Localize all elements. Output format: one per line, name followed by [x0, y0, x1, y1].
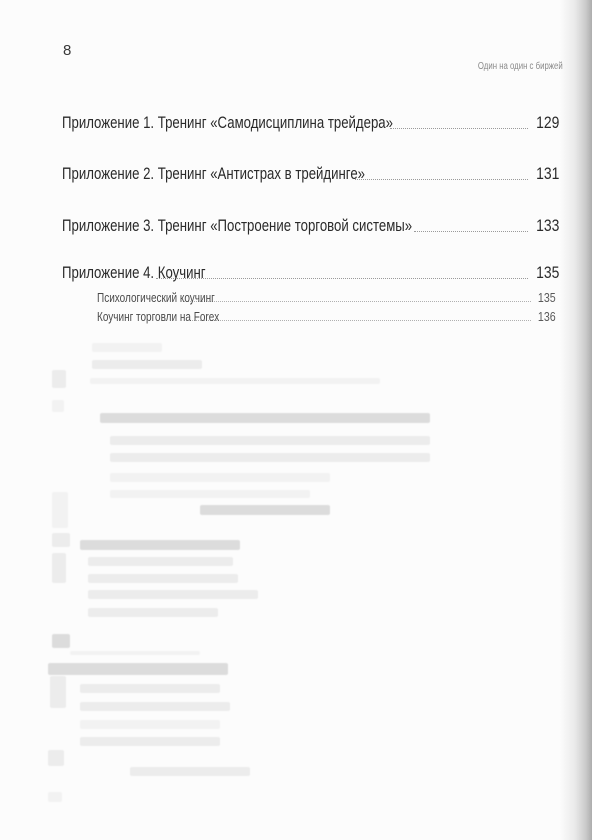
toc-entry-title: Коучинг торговли на Forex	[97, 310, 219, 324]
dot-leader	[190, 320, 532, 321]
toc-entry-title: Приложение 1. Тренинг «Самодисциплина тр…	[62, 114, 393, 133]
dot-leader	[390, 128, 527, 129]
toc-subentry-psychological-coaching[interactable]: Психологический коучинг 135	[97, 290, 556, 305]
toc-subentry-forex-coaching[interactable]: Коучинг торговли на Forex 136	[97, 309, 556, 324]
toc-entry-page: 129	[536, 113, 559, 133]
toc-entry-appendix-2[interactable]: Приложение 2. Тренинг «Антистрах в трейд…	[62, 164, 559, 184]
page-number: 8	[63, 42, 71, 59]
toc-entry-title: Психологический коучинг	[97, 291, 215, 305]
toc-entry-title: Приложение 3. Тренинг «Построение торгов…	[62, 217, 412, 236]
toc-entry-title: Приложение 2. Тренинг «Антистрах в трейд…	[62, 165, 365, 184]
dot-leader	[156, 278, 528, 279]
toc-entry-page: 135	[538, 290, 556, 305]
running-header: Один на один с биржей	[478, 61, 563, 72]
book-page: 8 Один на один с биржей Приложение 1. Тр…	[0, 0, 592, 840]
toc-entry-page: 135	[536, 263, 559, 283]
dot-leader	[355, 179, 527, 180]
toc-entry-page: 133	[536, 216, 559, 236]
toc-entry-page: 136	[538, 309, 556, 324]
toc-entry-page: 131	[536, 164, 559, 184]
dot-leader	[414, 231, 527, 232]
toc-entry-title: Приложение 4. Коучинг	[62, 264, 206, 283]
dot-leader	[184, 301, 531, 302]
toc-entry-appendix-4[interactable]: Приложение 4. Коучинг 135	[62, 263, 559, 283]
toc-entry-appendix-3[interactable]: Приложение 3. Тренинг «Построение торгов…	[62, 216, 559, 236]
toc-entry-appendix-1[interactable]: Приложение 1. Тренинг «Самодисциплина тр…	[62, 113, 559, 133]
